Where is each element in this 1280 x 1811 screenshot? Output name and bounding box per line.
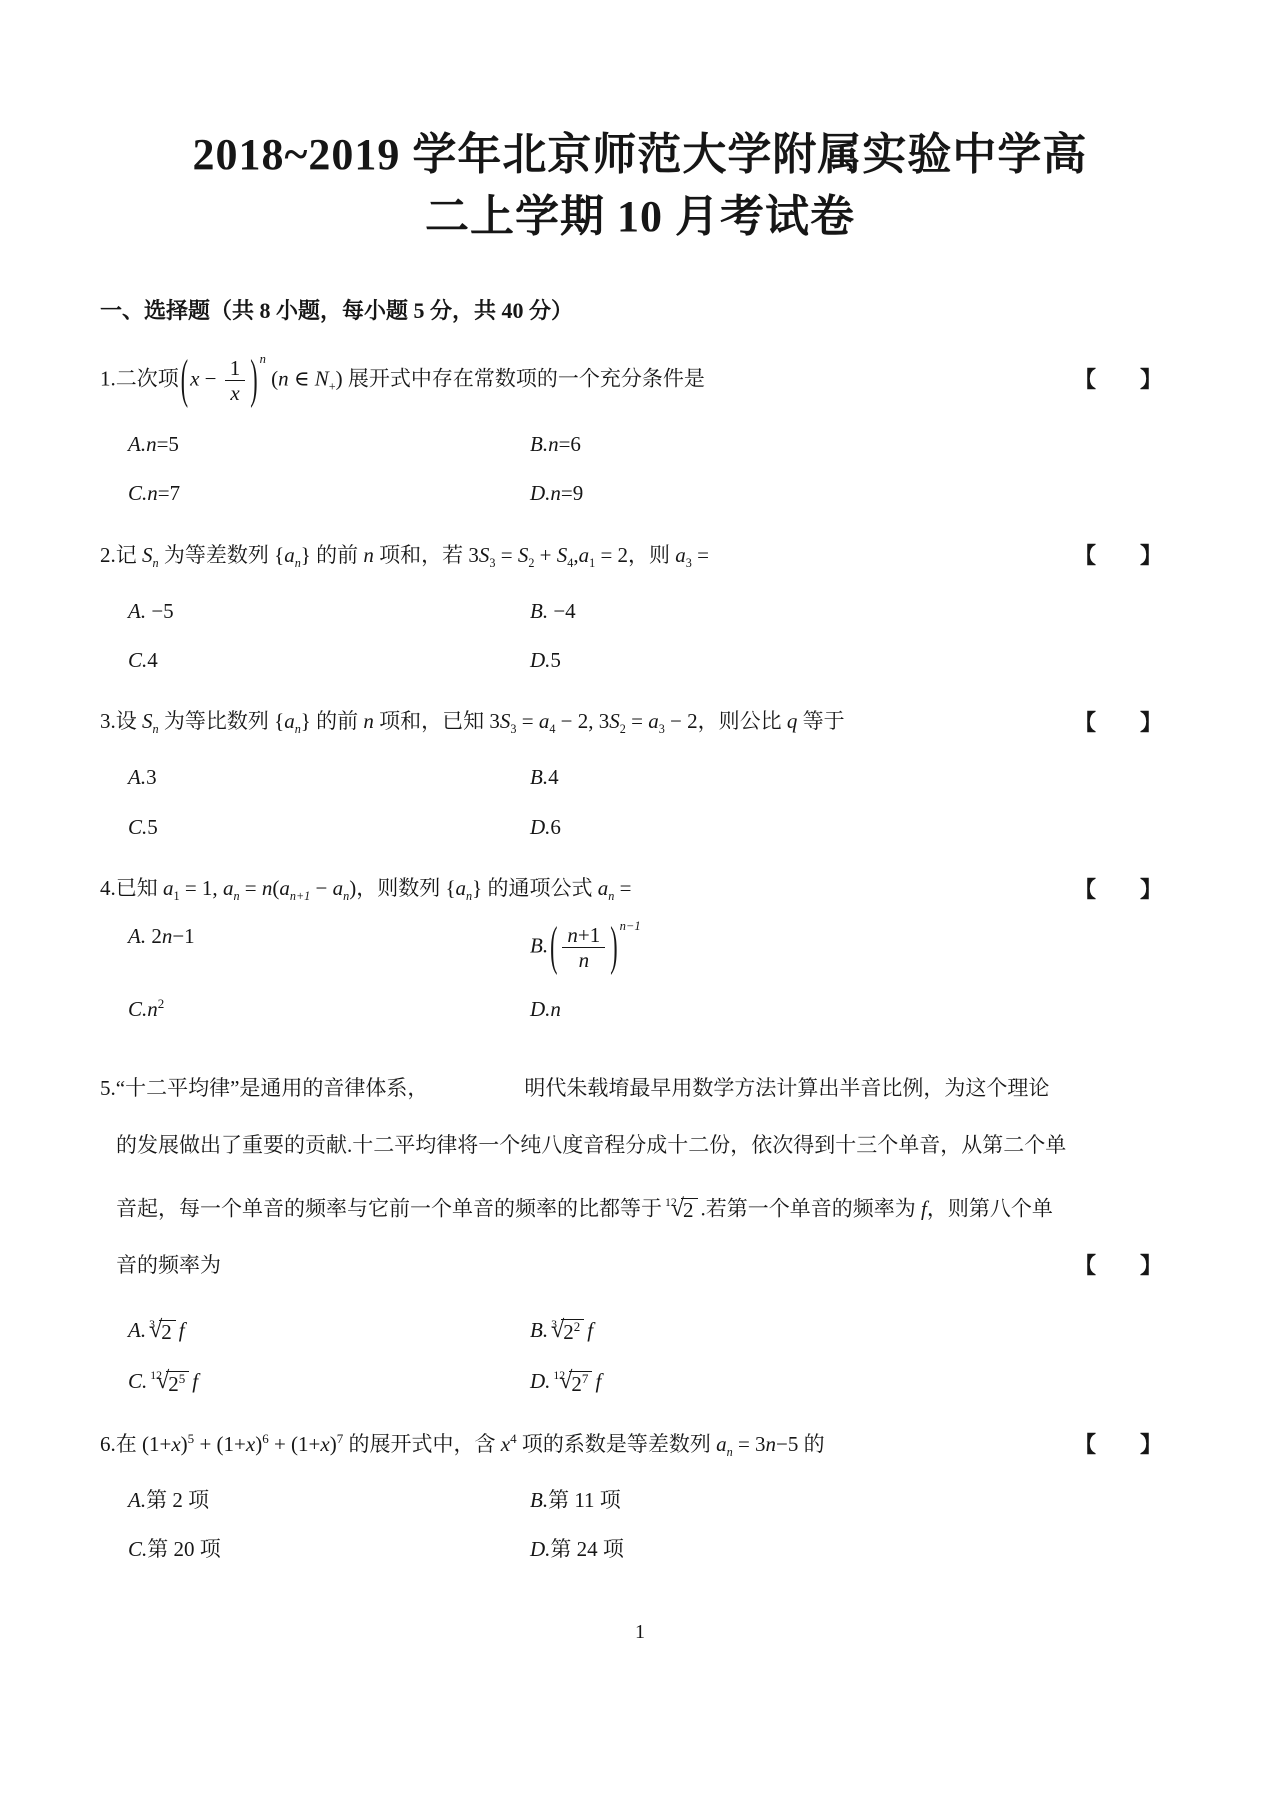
- math-variable: C.: [128, 481, 147, 505]
- option-b: B.3√22f: [530, 1314, 1180, 1345]
- text-run: 6: [550, 815, 561, 839]
- math-variable: n: [579, 948, 590, 972]
- text-run: .若第一个单音的频率为: [701, 1196, 922, 1220]
- question-6-stem-row: 6.在 (1+x)5 + (1+x)6 + (1+x)7 的展开式中，含 x4 …: [100, 1431, 1180, 1461]
- answer-brackets: 【】: [1074, 709, 1162, 738]
- radical: 12√25: [150, 1365, 189, 1396]
- option-b: B.4: [530, 764, 1180, 791]
- option-c: C.5: [128, 814, 530, 841]
- question-stem-line: 5.“十二平均律”是通用的音律体系，明代朱载堉最早用数学方法计算出半音比例，为这…: [100, 1060, 1180, 1117]
- math-variable: f: [179, 1318, 185, 1342]
- fraction: n+1n: [562, 923, 605, 972]
- text-run: 4: [548, 765, 559, 789]
- option-b: B.(n+1n)n−1: [530, 923, 1180, 972]
- math-variable: C.: [128, 997, 147, 1021]
- text-run: 2: [683, 1198, 694, 1222]
- text-run: =: [626, 709, 648, 733]
- text-run: −4: [548, 599, 576, 623]
- option-a: A.n=5: [128, 431, 530, 458]
- text-run: = 1,: [180, 876, 223, 900]
- math-variable: x: [320, 1432, 329, 1456]
- text-run: + (1+: [194, 1432, 246, 1456]
- text-run: 的通项公式: [482, 876, 598, 900]
- math-variable: D.: [530, 815, 550, 839]
- text-run: }: [301, 709, 311, 733]
- text-run: }: [301, 543, 311, 567]
- option-c: C.第 20 项: [128, 1536, 530, 1563]
- big-paren: ): [608, 912, 619, 982]
- text-run: 为等差数列: [159, 543, 275, 567]
- option-a: A. 2n−1: [128, 923, 530, 972]
- answer-brackets: 【】: [1074, 1431, 1162, 1460]
- radicand: 2: [681, 1198, 698, 1222]
- exam-title-line2: 二上学期 10 月考试卷: [100, 186, 1180, 248]
- text-run: ): [330, 1432, 337, 1456]
- option-row: C.12√25f D.12√27f: [100, 1365, 1180, 1396]
- exam-title-line1: 2018~2019 学年北京师范大学附属实验中学高: [100, 124, 1180, 186]
- option-row: A.3√2f B.3√22f: [100, 1314, 1180, 1345]
- text-run: 5: [550, 648, 561, 672]
- question-stem: 3.设 Sn 为等比数列 {an} 的前 n 项和，已知 3S3 = a4 − …: [100, 708, 1074, 738]
- text-run: 2: [563, 1320, 574, 1344]
- text-run: 2: [168, 1372, 179, 1396]
- math-variable: D.: [530, 1537, 550, 1561]
- option-row: A. 2n−1 B.(n+1n)n−1: [100, 923, 1180, 972]
- question-1-stem-row: 1.二次项(x − 1x)n (n ∈ N+) 展开式中存在常数项的一个充分条件…: [100, 356, 1180, 405]
- math-variable: a: [675, 543, 686, 567]
- superscript: 5: [179, 1371, 186, 1386]
- text-run: ) 展开式中存在常数项的一个充分条件是: [336, 366, 705, 390]
- text-run: =: [614, 876, 631, 900]
- math-variable: B.: [530, 599, 548, 623]
- subscript: +: [329, 379, 336, 393]
- math-variable: f: [595, 1369, 601, 1393]
- bracket-open: 【: [1074, 710, 1096, 735]
- option-d: D.第 24 项: [530, 1536, 1180, 1563]
- math-variable: A.: [128, 765, 146, 789]
- math-variable: a: [333, 876, 344, 900]
- text-run: = 3: [733, 1432, 766, 1456]
- subscript: n+1: [290, 889, 310, 903]
- text-run: −: [199, 366, 221, 390]
- text-run: =6: [559, 432, 581, 456]
- option-d: D.5: [530, 647, 1180, 674]
- text-run: ∈: [289, 366, 315, 390]
- math-variable: a: [716, 1432, 727, 1456]
- question-stem: 6.在 (1+x)5 + (1+x)6 + (1+x)7 的展开式中，含 x4 …: [100, 1431, 1074, 1461]
- question-stem-line: 音起，每一个单音的频率与它前一个单音的频率的比都等于12√2.若第一个单音的频率…: [100, 1174, 1180, 1237]
- math-variable: a: [579, 543, 590, 567]
- option-b: B.第 11 项: [530, 1487, 1180, 1514]
- denominator: n: [562, 947, 605, 972]
- bracket-open: 【: [1074, 1432, 1096, 1457]
- math-variable: a: [163, 876, 174, 900]
- radical: 12√27: [553, 1365, 592, 1396]
- text-run: 4: [147, 648, 158, 672]
- text-run: 1.二次项: [100, 366, 179, 390]
- text-run: 的展开式中，含: [343, 1432, 501, 1456]
- radicand: 25: [166, 1371, 189, 1396]
- math-variable: C.: [128, 1369, 147, 1393]
- math-variable: n: [550, 481, 561, 505]
- math-variable: n: [147, 481, 158, 505]
- question-1: 1.二次项(x − 1x)n (n ∈ N+) 展开式中存在常数项的一个充分条件…: [100, 356, 1180, 508]
- text-run: − 2，则公比: [665, 709, 787, 733]
- question-6: 6.在 (1+x)5 + (1+x)6 + (1+x)7 的展开式中，含 x4 …: [100, 1431, 1180, 1564]
- answer-brackets: 【】: [1074, 542, 1162, 571]
- question-stem: 4.已知 a1 = 1, an = n(an+1 − an)，则数列 {an} …: [100, 875, 1074, 905]
- math-variable: B.: [530, 1488, 548, 1512]
- text-run: +: [534, 543, 556, 567]
- text-run: =5: [157, 432, 179, 456]
- numerator: n+1: [562, 923, 605, 947]
- math-variable: A.: [128, 432, 146, 456]
- radicand: 22: [561, 1319, 584, 1344]
- math-variable: n: [146, 432, 157, 456]
- text-run: =: [516, 709, 538, 733]
- math-variable: C.: [128, 648, 147, 672]
- bracket-close: 】: [1140, 710, 1162, 735]
- math-variable: n: [567, 923, 578, 947]
- text-run: =7: [158, 481, 180, 505]
- question-3: 3.设 Sn 为等比数列 {an} 的前 n 项和，已知 3S3 = a4 − …: [100, 708, 1180, 841]
- bracket-close: 】: [1140, 1432, 1162, 1457]
- text-run: 项的系数是等差数列: [517, 1432, 717, 1456]
- math-variable: n: [278, 366, 289, 390]
- text-run: {: [445, 876, 455, 900]
- math-variable: a: [223, 876, 234, 900]
- question-stem: 1.二次项(x − 1x)n (n ∈ N+) 展开式中存在常数项的一个充分条件…: [100, 356, 1074, 405]
- question-5-last-line: 音的频率为 【】: [100, 1237, 1180, 1294]
- option-row: C.第 20 项 D.第 24 项: [100, 1536, 1180, 1563]
- math-variable: n: [548, 432, 559, 456]
- big-paren: (: [548, 912, 559, 982]
- text-run: 第 11 项: [548, 1488, 621, 1512]
- math-variable: a: [456, 876, 467, 900]
- math-variable: A.: [128, 924, 146, 948]
- option-a: A.第 2 项: [128, 1487, 530, 1514]
- text-run: 明代朱载堉最早用数学方法计算出半音比例，为这个理论: [524, 1076, 1049, 1100]
- math-variable: S: [557, 543, 568, 567]
- text-run: (: [266, 366, 278, 390]
- math-variable: n: [363, 543, 374, 567]
- math-variable: S: [142, 543, 153, 567]
- math-variable: S: [500, 709, 511, 733]
- text-run: −5 的: [776, 1432, 825, 1456]
- exponent: n−1: [620, 919, 641, 933]
- text-run: =9: [561, 481, 583, 505]
- big-paren: ): [248, 345, 259, 415]
- text-run: 2: [571, 1372, 582, 1396]
- question-4: 4.已知 a1 = 1, an = n(an+1 − an)，则数列 {an} …: [100, 875, 1180, 1024]
- question-2: 2.记 Sn 为等差数列 {an} 的前 n 项和，若 3S3 = S2 + S…: [100, 542, 1180, 675]
- answer-brackets: 【】: [1074, 876, 1162, 905]
- text-run: −5: [146, 599, 174, 623]
- text-run: 第 2 项: [146, 1488, 209, 1512]
- option-row: A. −5 B. −4: [100, 598, 1180, 625]
- math-variable: n: [262, 876, 273, 900]
- text-run: −1: [172, 924, 194, 948]
- math-variable: D.: [530, 997, 550, 1021]
- text-run: ，则第八个单: [927, 1196, 1053, 1220]
- radical: 12√2: [665, 1174, 698, 1237]
- text-run: 项和，已知 3: [374, 709, 500, 733]
- option-c: C.4: [128, 647, 530, 674]
- option-row: C.n2 D.n: [100, 996, 1180, 1023]
- question-5: 5.“十二平均律”是通用的音律体系，明代朱载堉最早用数学方法计算出半音比例，为这…: [100, 1060, 1180, 1397]
- text-run: 的前: [311, 543, 364, 567]
- big-paren: (: [179, 345, 190, 415]
- answer-brackets: 【】: [1074, 1237, 1162, 1294]
- question-2-stem-row: 2.记 Sn 为等差数列 {an} 的前 n 项和，若 3S3 = S2 + S…: [100, 542, 1180, 572]
- text-run: 等于: [797, 709, 844, 733]
- denominator: x: [225, 380, 246, 405]
- option-row: C.5 D.6: [100, 814, 1180, 841]
- math-variable: n: [766, 1432, 777, 1456]
- math-variable: n: [363, 709, 374, 733]
- math-variable: A.: [128, 1488, 146, 1512]
- text-run: 的发展做出了重要的贡献.十二平均律将一个纯八度音程分成十二份，依次得到十三个单音…: [116, 1133, 1066, 1157]
- option-c: C.n=7: [128, 480, 530, 507]
- math-variable: D.: [530, 1369, 550, 1393]
- text-run: =: [692, 543, 709, 567]
- text-run: = 2，则: [595, 543, 675, 567]
- text-run: {: [274, 709, 284, 733]
- math-variable: n: [550, 997, 561, 1021]
- option-row: C.4 D.5: [100, 647, 1180, 674]
- option-d: D.12√27f: [530, 1365, 1180, 1396]
- text-run: 音的频率为: [116, 1253, 221, 1277]
- math-variable: S: [479, 543, 490, 567]
- answer-brackets: 【】: [1074, 366, 1162, 395]
- math-variable: D.: [530, 481, 550, 505]
- math-variable: a: [648, 709, 659, 733]
- option-d: D.n: [530, 996, 1180, 1023]
- text-run: 1: [230, 356, 241, 380]
- math-variable: q: [787, 709, 798, 733]
- option-a: A. −5: [128, 598, 530, 625]
- fraction: 1x: [225, 356, 246, 405]
- exponent: n: [260, 352, 266, 366]
- question-stem-line: 的发展做出了重要的贡献.十二平均律将一个纯八度音程分成十二份，依次得到十三个单音…: [100, 1117, 1180, 1174]
- bracket-close: 】: [1140, 1253, 1162, 1278]
- option-b: B.n=6: [530, 431, 1180, 458]
- text-run: +1: [578, 923, 600, 947]
- math-variable: C.: [128, 1537, 147, 1561]
- text-run: 第 24 项: [550, 1537, 624, 1561]
- math-variable: B.: [530, 933, 548, 957]
- text-run: 5.“十二平均律”是通用的音律体系，: [100, 1076, 428, 1100]
- option-row: C.n=7 D.n=9: [100, 480, 1180, 507]
- math-variable: x: [246, 1432, 255, 1456]
- math-variable: S: [518, 543, 529, 567]
- question-stem: 2.记 Sn 为等差数列 {an} 的前 n 项和，若 3S3 = S2 + S…: [100, 542, 1074, 572]
- question-stem-line: 音的频率为: [116, 1237, 1074, 1294]
- text-run: 音起，每一个单音的频率与它前一个单音的频率的比都等于: [116, 1196, 662, 1220]
- math-variable: a: [279, 876, 290, 900]
- superscript: 7: [582, 1371, 589, 1386]
- text-run: =: [240, 876, 262, 900]
- bracket-close: 】: [1140, 543, 1162, 568]
- option-c: C.n2: [128, 996, 530, 1023]
- math-variable: a: [598, 876, 609, 900]
- text-run: 3.设: [100, 709, 142, 733]
- option-a: A.3√2f: [128, 1314, 530, 1345]
- text-run: 2: [146, 924, 162, 948]
- text-run: 第 20 项: [147, 1537, 221, 1561]
- option-row: A.第 2 项 B.第 11 项: [100, 1487, 1180, 1514]
- exam-page: 2018~2019 学年北京师范大学附属实验中学高 二上学期 10 月考试卷 一…: [0, 0, 1280, 1811]
- text-run: 2.记: [100, 543, 142, 567]
- text-run: ): [181, 1432, 188, 1456]
- option-c: C.12√25f: [128, 1365, 530, 1396]
- radical: 3√22: [551, 1314, 584, 1345]
- numerator: 1: [225, 356, 246, 380]
- superscript: 2: [574, 1319, 581, 1334]
- math-variable: x: [501, 1432, 510, 1456]
- text-run: {: [274, 543, 284, 567]
- math-variable: f: [587, 1318, 593, 1342]
- math-variable: a: [284, 709, 295, 733]
- text-run: =: [495, 543, 517, 567]
- math-variable: C.: [128, 815, 147, 839]
- radicand: 2: [159, 1320, 176, 1344]
- superscript: 2: [158, 996, 165, 1011]
- bracket-open: 【: [1074, 543, 1096, 568]
- option-row: A.3 B.4: [100, 764, 1180, 791]
- text-run: 的前: [311, 709, 364, 733]
- question-3-stem-row: 3.设 Sn 为等比数列 {an} 的前 n 项和，已知 3S3 = a4 − …: [100, 708, 1180, 738]
- math-variable: a: [539, 709, 550, 733]
- exam-title: 2018~2019 学年北京师范大学附属实验中学高 二上学期 10 月考试卷: [100, 124, 1180, 247]
- text-run: 2: [161, 1320, 172, 1344]
- text-run: 5: [147, 815, 158, 839]
- text-run: 为等比数列: [159, 709, 275, 733]
- section-header: 一、选择题（共 8 小题，每小题 5 分，共 40 分）: [100, 297, 1180, 326]
- bracket-open: 【: [1074, 367, 1096, 392]
- math-variable: x: [171, 1432, 180, 1456]
- text-run: 3: [146, 765, 157, 789]
- text-run: 6.在 (1+: [100, 1432, 171, 1456]
- math-variable: A.: [128, 599, 146, 623]
- bracket-open: 【: [1074, 1253, 1096, 1278]
- math-variable: x: [230, 381, 239, 405]
- bracket-close: 】: [1140, 367, 1162, 392]
- option-a: A.3: [128, 764, 530, 791]
- bracket-open: 【: [1074, 877, 1096, 902]
- option-b: B. −4: [530, 598, 1180, 625]
- bracket-close: 】: [1140, 877, 1162, 902]
- math-variable: N: [315, 366, 329, 390]
- text-run: ，则数列: [356, 876, 445, 900]
- text-run: 项和，若 3: [374, 543, 479, 567]
- option-row: A.n=5 B.n=6: [100, 431, 1180, 458]
- text-run: + (1+: [269, 1432, 321, 1456]
- radical: 3√2: [149, 1314, 176, 1345]
- math-variable: S: [142, 709, 153, 733]
- question-4-stem-row: 4.已知 a1 = 1, an = n(an+1 − an)，则数列 {an} …: [100, 875, 1180, 905]
- math-variable: B.: [530, 765, 548, 789]
- option-d: D.n=9: [530, 480, 1180, 507]
- page-number: 1: [100, 1619, 1180, 1645]
- text-run: 4.已知: [100, 876, 163, 900]
- option-d: D.6: [530, 814, 1180, 841]
- math-variable: f: [192, 1369, 198, 1393]
- math-variable: S: [609, 709, 620, 733]
- math-variable: B.: [530, 432, 548, 456]
- math-variable: D.: [530, 648, 550, 672]
- math-variable: a: [284, 543, 295, 567]
- math-variable: n: [162, 924, 173, 948]
- math-variable: B.: [530, 1318, 548, 1342]
- math-variable: n: [147, 997, 158, 1021]
- text-run: }: [472, 876, 482, 900]
- math-variable: A.: [128, 1318, 146, 1342]
- text-run: −: [310, 876, 332, 900]
- text-run: − 2, 3: [555, 709, 609, 733]
- radicand: 27: [569, 1371, 592, 1396]
